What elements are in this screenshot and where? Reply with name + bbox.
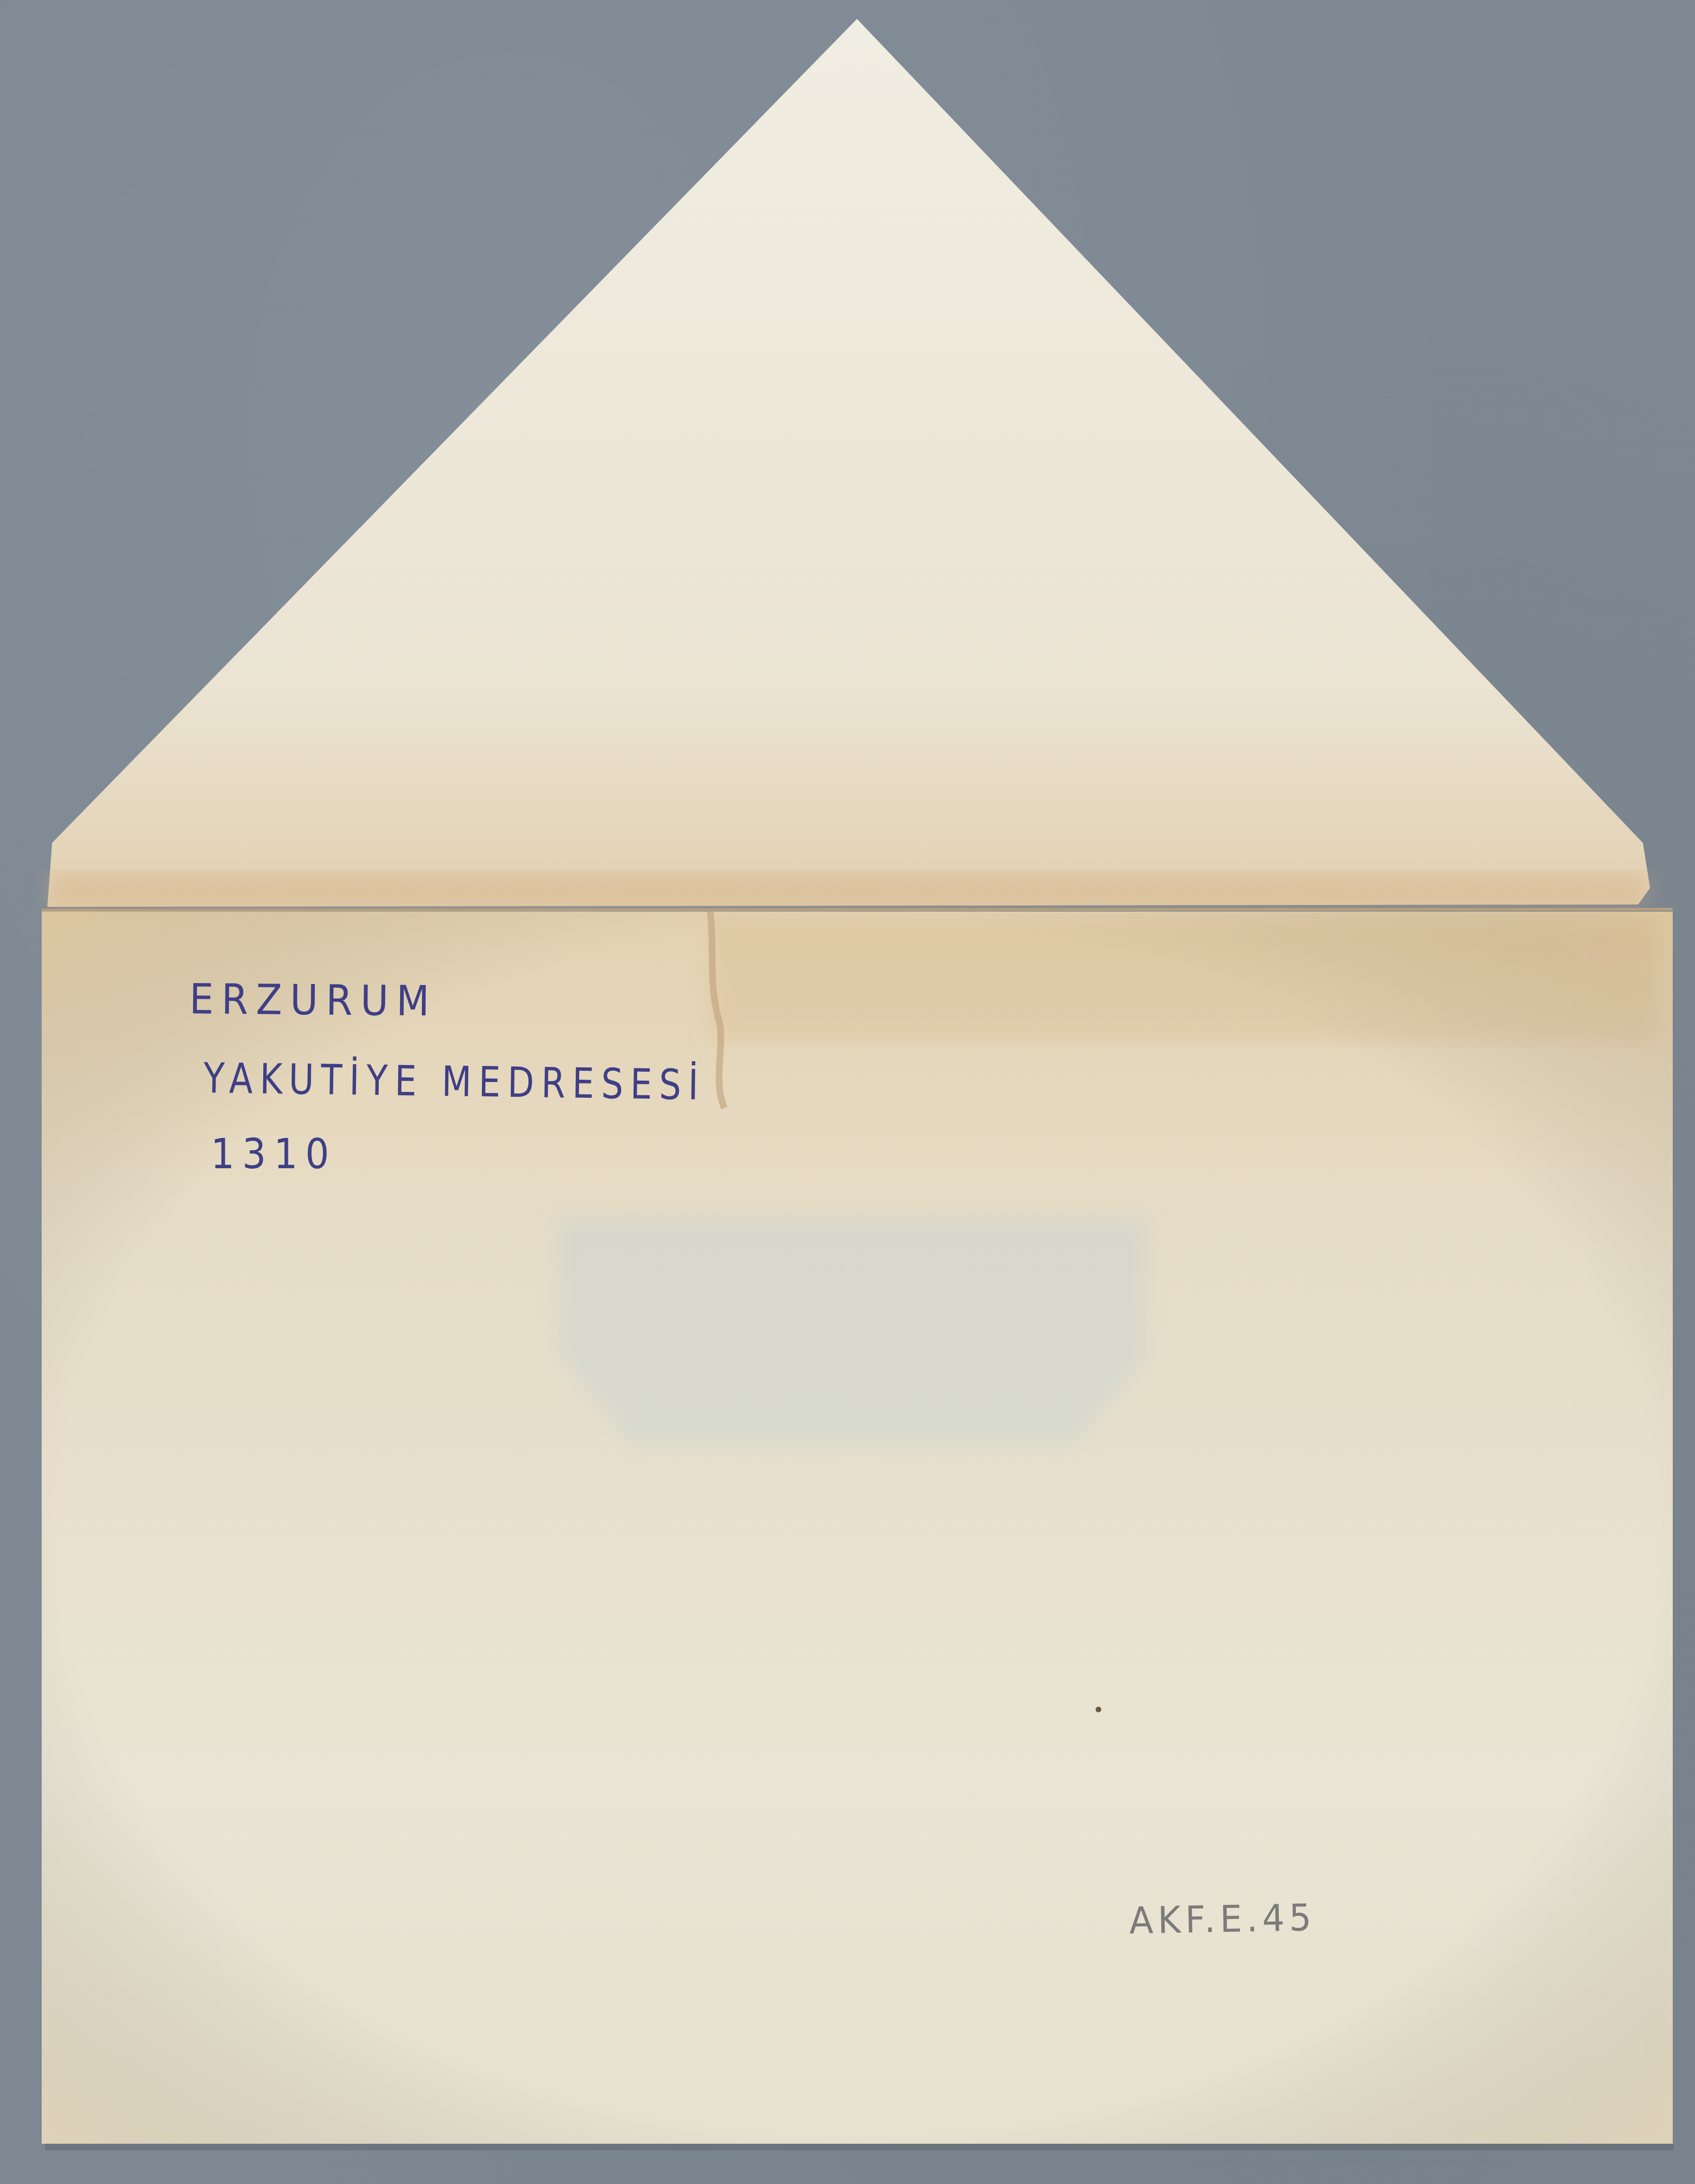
catalog-number: AKF.E.45: [1129, 1897, 1316, 1942]
envelope-flap: [47, 19, 1650, 907]
insert-shadow: [559, 1217, 1146, 1447]
handwritten-year: 1310: [211, 1129, 337, 1178]
handwritten-city: ERZURUM: [189, 975, 437, 1026]
handwritten-building-name: YAKUTİYE MEDRESESİ: [203, 1054, 705, 1110]
fold-seam: [42, 909, 1673, 910]
